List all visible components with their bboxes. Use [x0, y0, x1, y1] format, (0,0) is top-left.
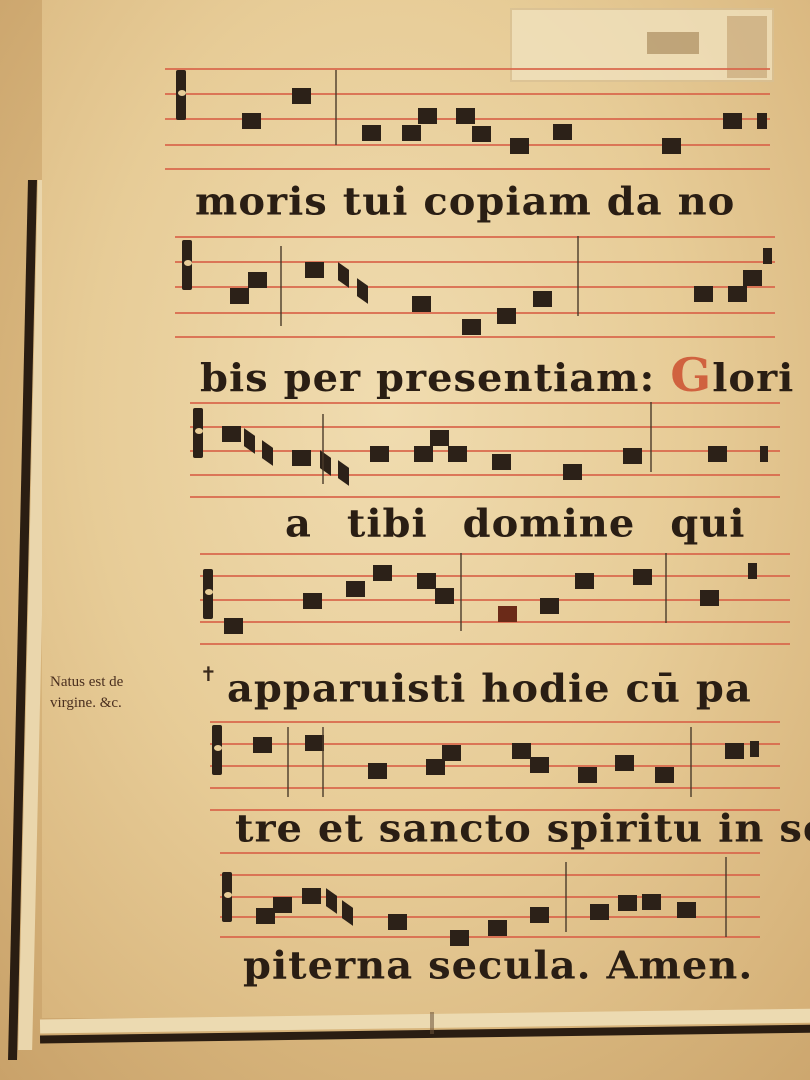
ink-smudge [430, 1012, 434, 1034]
cross-symbol: ✝ [200, 662, 217, 686]
lyric-line-2: bis per presentiam: Glori [200, 349, 794, 402]
lyric-line-2-start: bis per presentiam: [200, 356, 670, 401]
lyric-line-2-end: lori [712, 356, 794, 401]
staff-2 [0, 236, 810, 316]
staff-1 [0, 68, 810, 148]
rubricated-initial: G [670, 349, 712, 402]
margin-note-line-2: virgine. &c. [50, 693, 123, 714]
margin-note-line-1: Natus est de [50, 672, 123, 693]
staff-4 [0, 553, 810, 633]
staff-6 [0, 852, 810, 932]
lyric-line-1: moris tui copiam da no [195, 179, 735, 224]
staff-3 [0, 402, 810, 482]
lyric-line-3: a tibi domine qui [285, 501, 745, 546]
lyric-line-4: apparuisti hodie cū pa [227, 666, 752, 711]
staff-1-bottom [0, 168, 810, 170]
lyric-line-6: piterna secula. Amen. [243, 943, 753, 988]
margin-note: Natus est de virgine. &c. [50, 672, 123, 714]
lyric-line-5: tre et sancto spiritu in se [235, 806, 810, 851]
staff-5 [0, 713, 810, 793]
